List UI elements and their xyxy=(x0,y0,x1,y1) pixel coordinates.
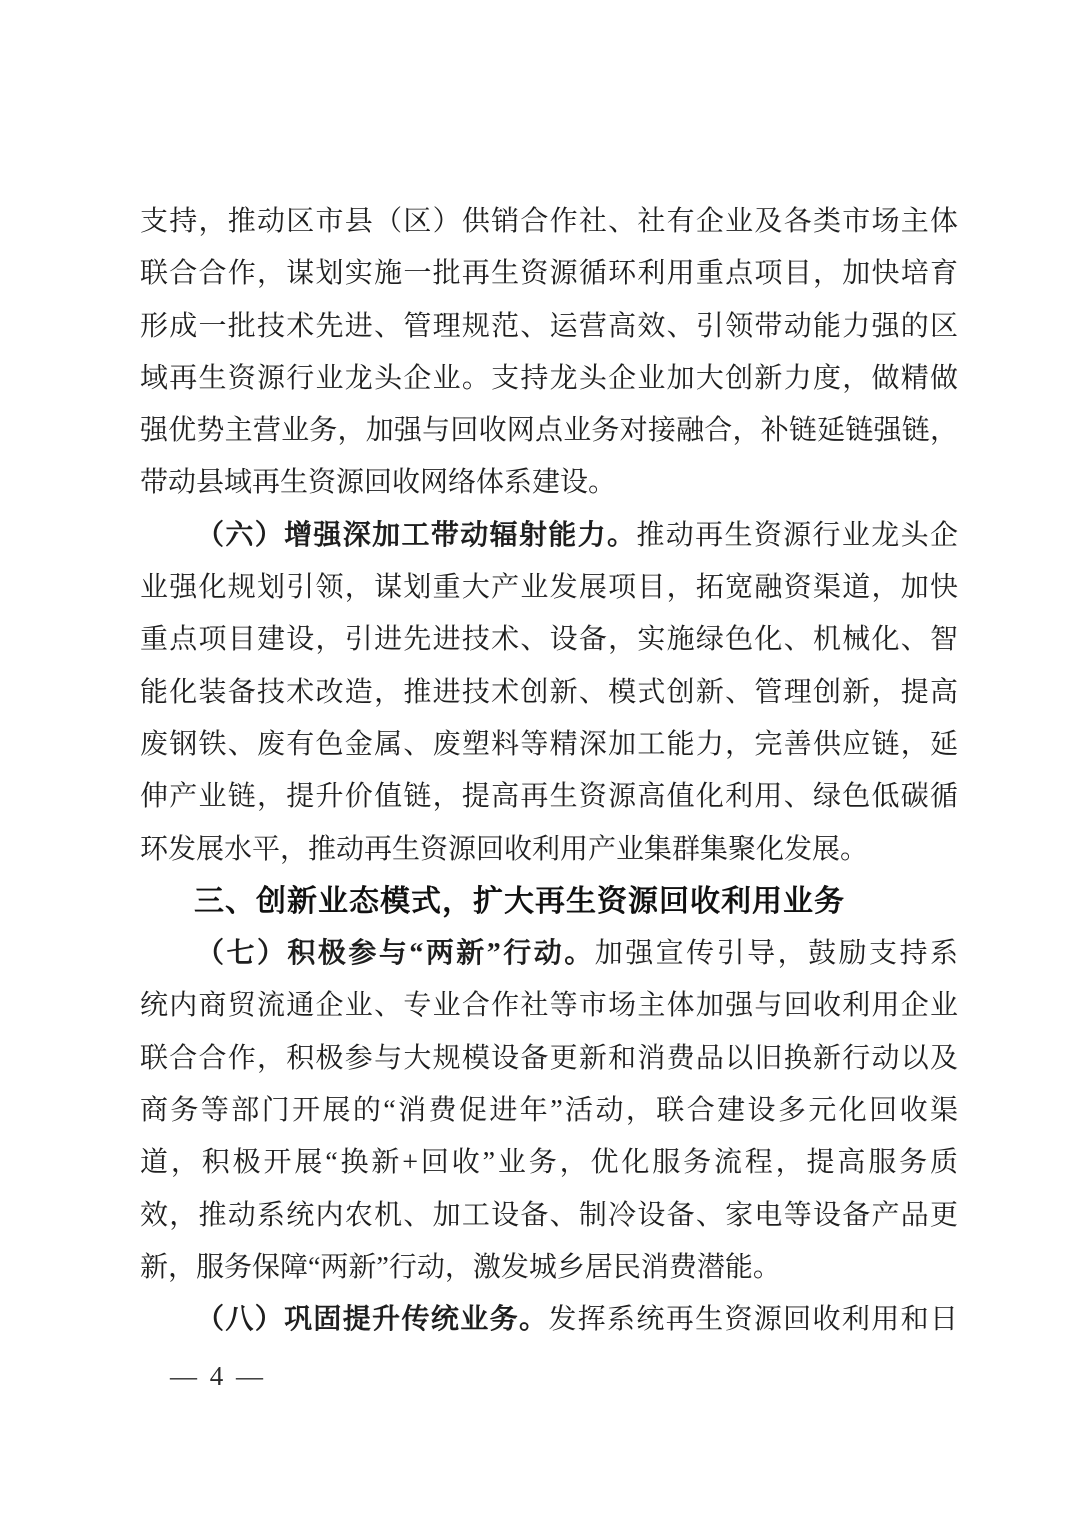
line-text: 道，积极开展“换新+回收”业务，优化服务流程，提高服务质 xyxy=(140,1147,958,1178)
text-line: 联合合作，谋划实施一批再生资源循环利用重点项目，加快培育 xyxy=(140,248,958,300)
line-text: 带动县域再生资源回收网络体系建设。 xyxy=(140,467,616,498)
line-text: 环发展水平，推动再生资源回收利用产业集群集聚化发展。 xyxy=(140,834,868,865)
section-heading: 三、创新业态模式，扩大再生资源回收利用业务 xyxy=(140,876,958,928)
line-text: 效，推动系统内农机、加工设备、制冷设备、家电等设备产品更 xyxy=(140,1200,958,1231)
text-line: 能化装备技术改造，推进技术创新、模式创新、管理创新，提高 xyxy=(140,667,958,719)
document-page: 支持，推动区市县（区）供销合作社、社有企业及各类市场主体 联合合作，谋划实施一批… xyxy=(0,0,1075,1520)
page-number: — 4 — xyxy=(170,1358,266,1394)
paragraph-lead: （七）积极参与“两新”行动。 xyxy=(196,938,595,969)
paragraph-start-line: （八）巩固提升传统业务。发挥系统再生资源回收利用和日 xyxy=(140,1294,958,1346)
paragraph-end-line: 新，服务保障“两新”行动，激发城乡居民消费潜能。 xyxy=(140,1242,958,1294)
paragraph-start-line: （六）增强深加工带动辐射能力。推动再生资源行业龙头企 xyxy=(140,510,958,562)
text-line: 联合合作，积极参与大规模设备更新和消费品以旧换新行动以及 xyxy=(140,1033,958,1085)
text-line: 伸产业链，提升价值链，提高再生资源高值化利用、绿色低碳循 xyxy=(140,771,958,823)
line-text: 商务等部门开展的“消费促进年”活动，联合建设多元化回收渠 xyxy=(140,1095,958,1126)
document-body: 支持，推动区市县（区）供销合作社、社有企业及各类市场主体 联合合作，谋划实施一批… xyxy=(140,196,958,1347)
text-line: 强优势主营业务，加强与回收网点业务对接融合，补链延链强链， xyxy=(140,405,958,457)
line-text: 强优势主营业务，加强与回收网点业务对接融合，补链延链强链， xyxy=(140,415,958,446)
line-text: 联合合作，谋划实施一批再生资源循环利用重点项目，加快培育 xyxy=(140,258,958,289)
text-line: 支持，推动区市县（区）供销合作社、社有企业及各类市场主体 xyxy=(140,196,958,248)
line-text: 统内商贸流通企业、专业合作社等市场主体加强与回收利用企业 xyxy=(140,990,958,1021)
section-heading-text: 三、创新业态模式，扩大再生资源回收利用业务 xyxy=(194,885,845,918)
line-text: 重点项目建设，引进先进技术、设备，实施绿色化、机械化、智 xyxy=(140,624,958,655)
text-line: 商务等部门开展的“消费促进年”活动，联合建设多元化回收渠 xyxy=(140,1085,958,1137)
line-text: 加强宣传引导，鼓励支持系 xyxy=(595,938,958,969)
text-line: 废钢铁、废有色金属、废塑料等精深加工能力，完善供应链，延 xyxy=(140,719,958,771)
text-line: 域再生资源行业龙头企业。支持龙头企业加大创新力度，做精做 xyxy=(140,353,958,405)
text-line: 统内商贸流通企业、专业合作社等市场主体加强与回收利用企业 xyxy=(140,980,958,1032)
line-text: 新，服务保障“两新”行动，激发城乡居民消费潜能。 xyxy=(140,1252,781,1283)
text-line: 效，推动系统内农机、加工设备、制冷设备、家电等设备产品更 xyxy=(140,1190,958,1242)
paragraph-start-line: （七）积极参与“两新”行动。加强宣传引导，鼓励支持系 xyxy=(140,928,958,980)
line-text: 业强化规划引领，谋划重大产业发展项目，拓宽融资渠道，加快 xyxy=(140,572,958,603)
text-line: 业强化规划引领，谋划重大产业发展项目，拓宽融资渠道，加快 xyxy=(140,562,958,614)
paragraph-lead: （六）增强深加工带动辐射能力。 xyxy=(196,520,636,551)
text-line: 重点项目建设，引进先进技术、设备，实施绿色化、机械化、智 xyxy=(140,614,958,666)
text-line: 形成一批技术先进、管理规范、运营高效、引领带动能力强的区 xyxy=(140,301,958,353)
paragraph-end-line: 带动县域再生资源回收网络体系建设。 xyxy=(140,457,958,509)
line-text: 联合合作，积极参与大规模设备更新和消费品以旧换新行动以及 xyxy=(140,1043,958,1074)
line-text: 伸产业链，提升价值链，提高再生资源高值化利用、绿色低碳循 xyxy=(140,781,958,812)
line-text: 废钢铁、废有色金属、废塑料等精深加工能力，完善供应链，延 xyxy=(140,729,958,760)
text-line: 道，积极开展“换新+回收”业务，优化服务流程，提高服务质 xyxy=(140,1137,958,1189)
paragraph-end-line: 环发展水平，推动再生资源回收利用产业集群集聚化发展。 xyxy=(140,824,958,876)
line-text: 域再生资源行业龙头企业。支持龙头企业加大创新力度，做精做 xyxy=(140,363,958,394)
line-text: 推动再生资源行业龙头企 xyxy=(636,520,958,551)
line-text: 形成一批技术先进、管理规范、运营高效、引领带动能力强的区 xyxy=(140,311,958,342)
paragraph-lead: （八）巩固提升传统业务。 xyxy=(196,1304,548,1335)
line-text: 能化装备技术改造，推进技术创新、模式创新、管理创新，提高 xyxy=(140,677,958,708)
line-text: 支持，推动区市县（区）供销合作社、社有企业及各类市场主体 xyxy=(140,206,958,237)
line-text: 发挥系统再生资源回收利用和日 xyxy=(548,1304,958,1335)
